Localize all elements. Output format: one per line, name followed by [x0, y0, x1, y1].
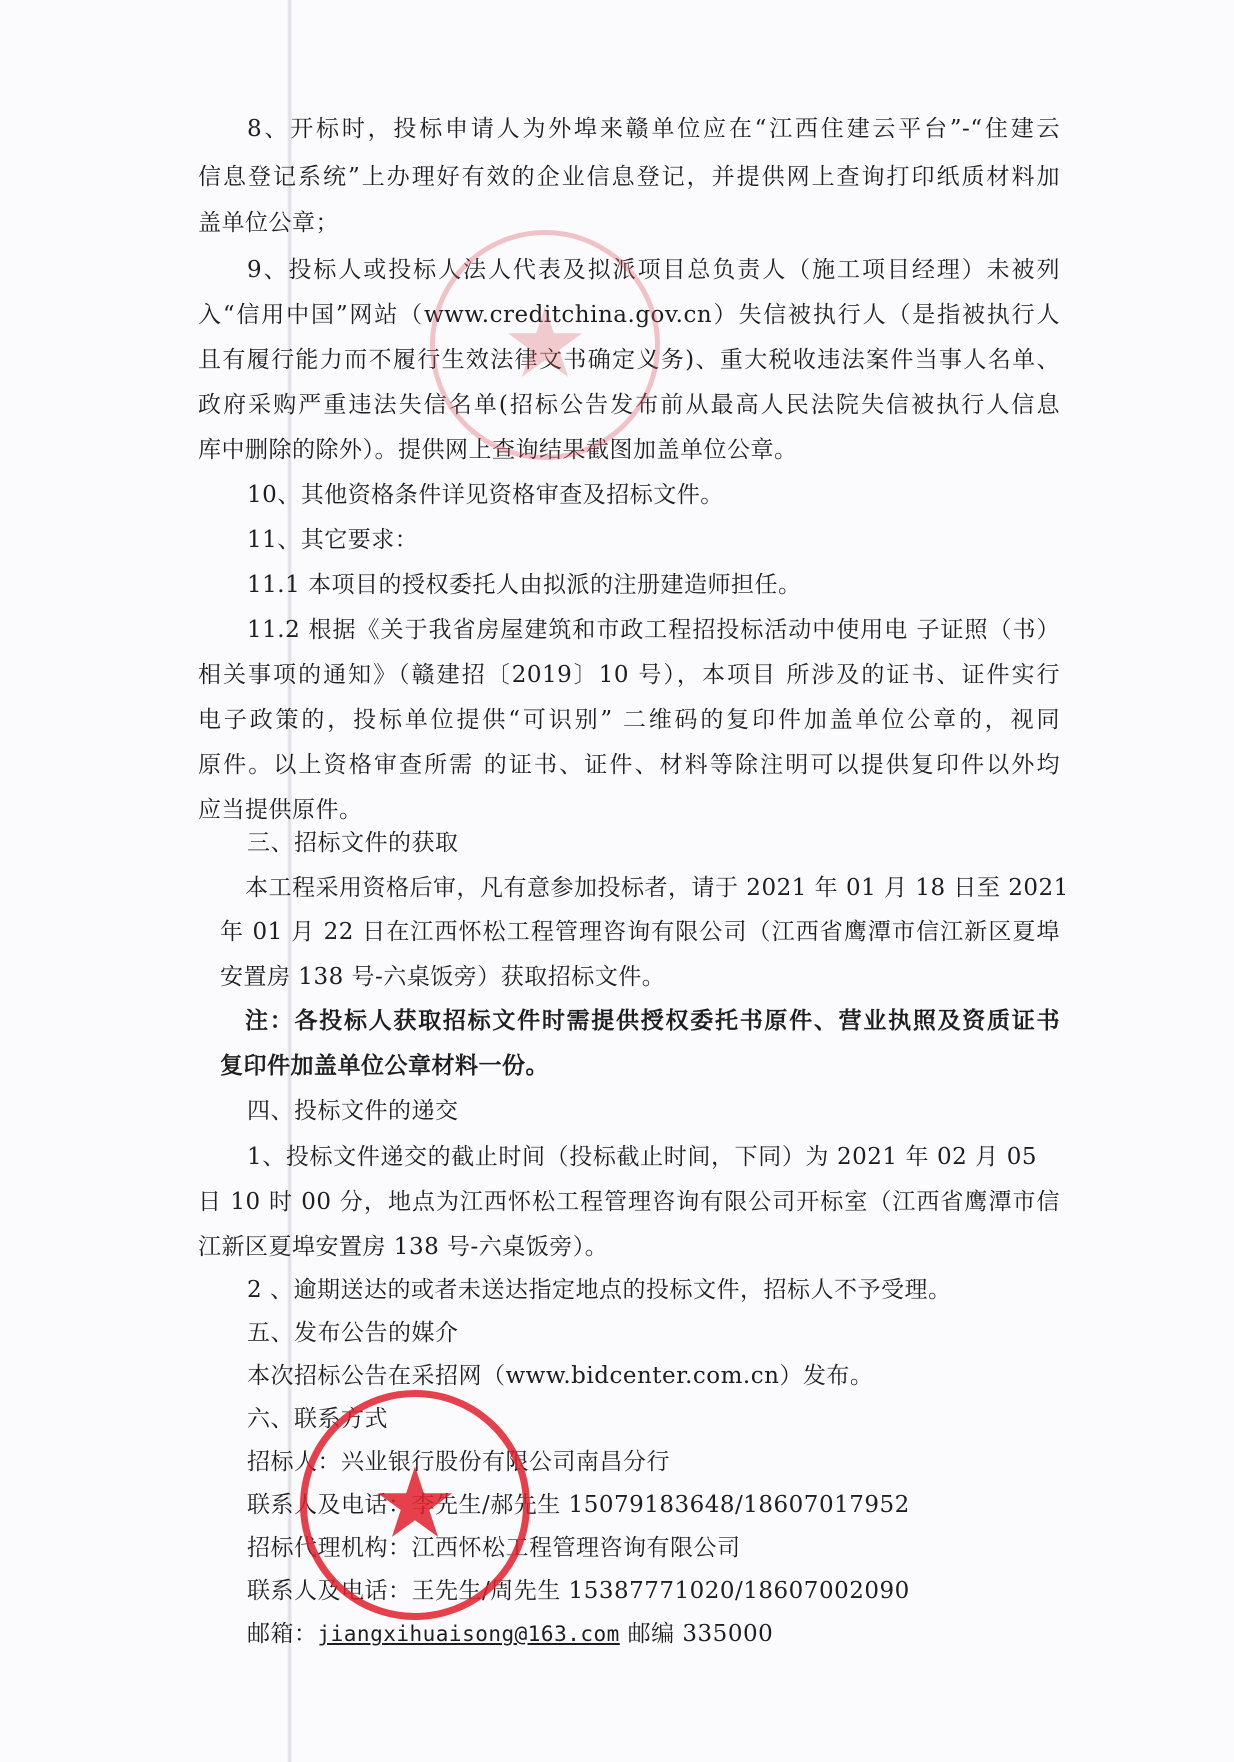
text-line: 江新区夏埠安置房 138 号-六桌饭旁）。	[198, 1232, 608, 1262]
text-line: 联系人及电话：王先生/周先生 15387771020/18607002090	[247, 1576, 910, 1606]
text-line: 原件。以上资格审查所需 的证书、证件、材料等除注明可以提供复印件以外均	[198, 750, 1060, 780]
email-label: 邮箱：	[247, 1621, 318, 1647]
text-line: 六、联系方式	[247, 1404, 388, 1434]
text-line: 四、投标文件的递交	[247, 1096, 459, 1126]
text-line: 9、投标人或投标人法人代表及拟派项目总负责人（施工项目经理）未被列	[247, 255, 1060, 285]
text-line: 电子政策的，投标单位提供“可识别” 二维码的复印件加盖单位公章的，视同	[198, 705, 1060, 735]
text-line: 盖单位公章；	[198, 208, 339, 238]
text-line: 年 01 月 22 日在江西怀松工程管理咨询有限公司（江西省鹰潭市信江新区夏埠	[220, 917, 1060, 947]
text-line: 应当提供原件。	[198, 795, 363, 825]
text-line: 复印件加盖单位公章材料一份。	[220, 1051, 549, 1081]
text-line: 招标人：兴业银行股份有限公司南昌分行	[247, 1447, 670, 1477]
text-line: 11.1 本项目的授权委托人由拟派的注册建造师担任。	[247, 570, 802, 600]
text-line: 2 、逾期送达的或者未送达指定地点的投标文件，招标人不予受理。	[247, 1275, 951, 1305]
text-line: 11.2 根据《关于我省房屋建筑和市政工程招投标活动中使用电 子证照（书）	[247, 615, 1060, 645]
text-line: 相关事项的通知》（赣建招〔2019〕10 号），本项目 所涉及的证书、证件实行	[198, 660, 1060, 690]
text-line: 政府采购严重违法失信名单(招标公告发布前从最高人民法院失信被执行人信息	[198, 390, 1060, 420]
scanned-document-page: 8、开标时，投标申请人为外埠来赣单位应在“江西住建云平台”-“住建云信息登记系统…	[0, 0, 1234, 1762]
text-line: 且有履行能力而不履行生效法律文书确定义务)、重大税收违法案件当事人名单、	[198, 345, 1060, 375]
text-line: 库中删除的除外）。提供网上查询结果截图加盖单位公章。	[198, 435, 798, 465]
text-line: 8、开标时，投标申请人为外埠来赣单位应在“江西住建云平台”-“住建云	[247, 114, 1060, 144]
text-line: 信息登记系统”上办理好有效的企业信息登记，并提供网上查询打印纸质材料加	[198, 162, 1060, 192]
text-line: 本工程采用资格后审，凡有意参加投标者，请于 2021 年 01 月 18 日至 …	[245, 873, 1060, 903]
postcode: 邮编 335000	[620, 1621, 773, 1647]
text-line: 招标代理机构：江西怀松工程管理咨询有限公司	[247, 1533, 741, 1563]
text-line: 五、发布公告的媒介	[247, 1318, 459, 1348]
text-line: 三、招标文件的获取	[247, 828, 459, 858]
text-line: 日 10 时 00 分，地点为江西怀松工程管理咨询有限公司开标室（江西省鹰潭市信	[198, 1187, 1060, 1217]
email-link[interactable]: jiangxihuaisong@163.com	[318, 1622, 620, 1646]
text-line: 联系人及电话：李先生/郝先生 15079183648/18607017952	[247, 1490, 910, 1520]
text-line: 11、其它要求：	[247, 525, 418, 555]
text-line: 入“信用中国”网站（www.creditchina.gov.cn）失信被执行人（…	[198, 300, 1060, 330]
text-line: 本次招标公告在采招网（www.bidcenter.com.cn）发布。	[247, 1361, 873, 1391]
email-line: 邮箱：jiangxihuaisong@163.com 邮编 335000	[247, 1619, 773, 1649]
text-line: 10、其他资格条件详见资格审查及招标文件。	[247, 480, 724, 510]
text-line: 注：各投标人获取招标文件时需提供授权委托书原件、营业执照及资质证书	[245, 1006, 1060, 1036]
text-line: 1、投标文件递交的截止时间（投标截止时间，下同）为 2021 年 02 月 05	[247, 1142, 1037, 1172]
text-line: 安置房 138 号-六桌饭旁）获取招标文件。	[220, 962, 665, 992]
